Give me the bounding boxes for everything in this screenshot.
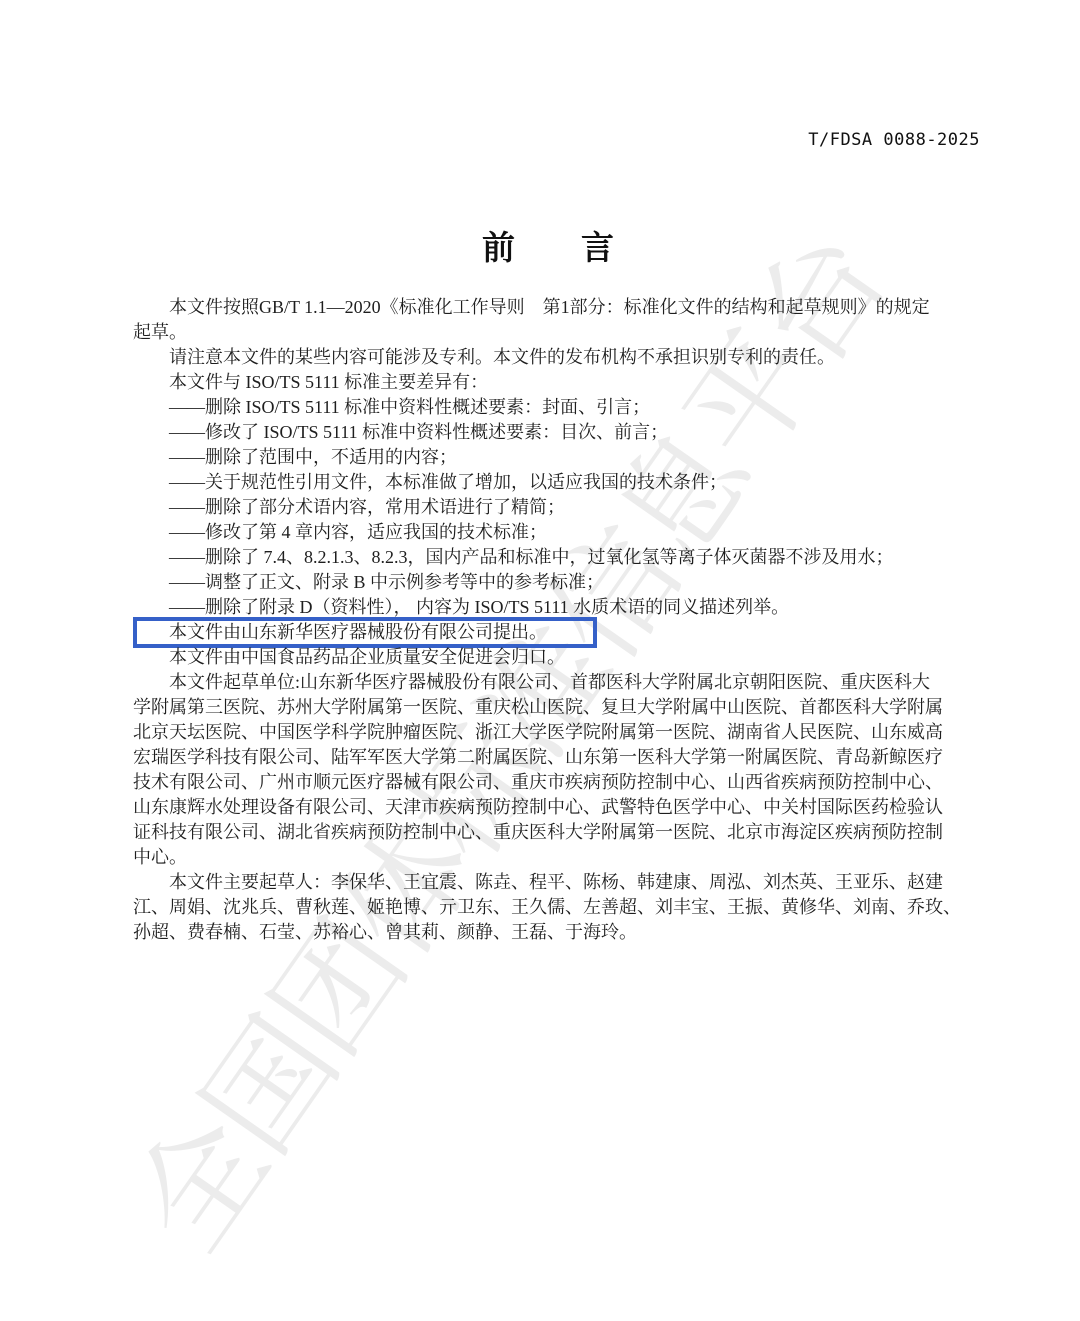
foreword-line: 本文件主要起草人：李保华、王宜震、陈垚、程平、陈杨、韩建康、周泓、刘杰英、王亚乐…: [133, 870, 963, 895]
foreword-line: 孙超、费春楠、石莹、苏裕心、曾其莉、颜静、王磊、于海玲。: [133, 920, 963, 945]
foreword-line: 本文件起草单位:山东新华医疗器械股份有限公司、首都医科大学附属北京朝阳医院、重庆…: [133, 670, 963, 695]
foreword-line: 起草。: [133, 320, 963, 345]
foreword-line-highlighted: 本文件由山东新华医疗器械股份有限公司提出。: [133, 620, 963, 645]
foreword-line: ——修改了 ISO/TS 5111 标准中资料性概述要素：目次、前言；: [133, 420, 963, 445]
document-page: 全国团体标准信息平台 T/FDSA 0088-2025 前 言 本文件按照GB/…: [0, 0, 1080, 1321]
foreword-line: 江、周娟、沈兆兵、曹秋莲、姬艳博、亓卫东、王久儒、左善超、刘丰宝、王振、黄修华、…: [133, 895, 963, 920]
foreword-line: ——删除了范围中，不适用的内容；: [133, 445, 963, 470]
foreword-line: 山东康辉水处理设备有限公司、天津市疾病预防控制中心、武警特色医学中心、中关村国际…: [133, 795, 963, 820]
foreword-line: 中心。: [133, 845, 963, 870]
foreword-line: ——删除了部分术语内容，常用术语进行了精简；: [133, 495, 963, 520]
foreword-line: 证科技有限公司、湖北省疾病预防控制中心、重庆医科大学附属第一医院、北京市海淀区疾…: [133, 820, 963, 845]
foreword-line: 北京天坛医院、中国医学科学院肿瘤医院、浙江大学医学院附属第一医院、湖南省人民医院…: [133, 720, 963, 745]
foreword-line: 本文件由中国食品药品企业质量安全促进会归口。: [133, 645, 963, 670]
foreword-line: 本文件与 ISO/TS 5111 标准主要差异有：: [133, 370, 963, 395]
foreword-line: 宏瑞医学科技有限公司、陆军军医大学第二附属医院、山东第一医科大学第一附属医院、青…: [133, 745, 963, 770]
foreword-line: 技术有限公司、广州市顺元医疗器械有限公司、重庆市疾病预防控制中心、山西省疾病预防…: [133, 770, 963, 795]
standard-number: T/FDSA 0088-2025: [808, 130, 980, 150]
foreword-line: ——删除了 7.4、8.2.1.3、8.2.3，国内产品和标准中，过氧化氢等离子…: [133, 545, 963, 570]
foreword-line: 学附属第三医院、苏州大学附属第一医院、重庆松山医院、复旦大学附属中山医院、首都医…: [133, 695, 963, 720]
foreword-line: ——修改了第 4 章内容，适应我国的技术标准；: [133, 520, 963, 545]
foreword-line: ——关于规范性引用文件，本标准做了增加，以适应我国的技术条件；: [133, 470, 963, 495]
foreword-title: 前 言: [133, 222, 963, 269]
foreword-line: 本文件按照GB/T 1.1—2020《标准化工作导则 第1部分：标准化文件的结构…: [133, 295, 963, 320]
foreword-line: ——调整了正文、附录 B 中示例参考等中的参考标准；: [133, 570, 963, 595]
foreword-body: 本文件按照GB/T 1.1—2020《标准化工作导则 第1部分：标准化文件的结构…: [133, 295, 963, 945]
foreword-line: 请注意本文件的某些内容可能涉及专利。本文件的发布机构不承担识别专利的责任。: [133, 345, 963, 370]
highlight-box: 本文件由山东新华医疗器械股份有限公司提出。: [133, 617, 597, 648]
foreword-line: ——删除 ISO/TS 5111 标准中资料性概述要素：封面、引言；: [133, 395, 963, 420]
